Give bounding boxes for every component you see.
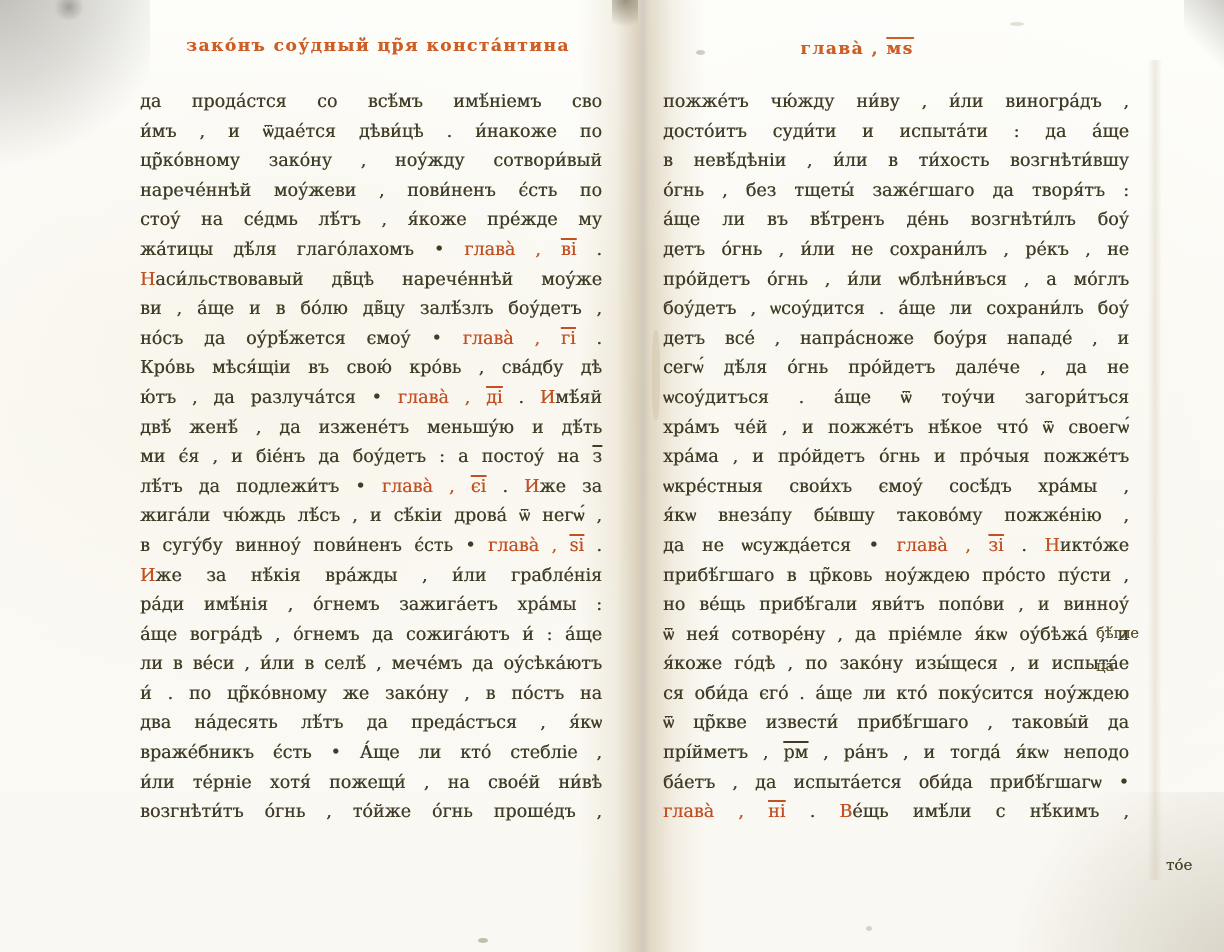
body-text: . — [503, 388, 540, 408]
body-text: сегѡ́ дѣ́ля о́гнь про́йдетъ дале́че , да… — [663, 358, 1129, 378]
rubric-text: глава̀ , — [488, 536, 569, 556]
book-scan: зако́нъ соу́дный цр̃я конста́нтина глава… — [0, 0, 1224, 952]
catchword: то́е — [1166, 856, 1192, 874]
text-line: возгнѣти́тъ о́гнь , то́йже о́гнь проше́д… — [140, 798, 602, 828]
body-text: . — [576, 240, 602, 260]
paper-stain — [652, 330, 660, 420]
body-text: я́кѡ внеза́пу бы́вшу таково́му пожже́нію… — [663, 506, 1129, 526]
body-text: да не ѡсужда́ется • — [663, 536, 897, 556]
text-line: прі́йметъ , рм , ра́нъ , и тогда́ я́кѡ н… — [663, 739, 1129, 769]
body-text: про́йдетъ о́гнь , и́ли ѡблѣни́въся , а м… — [663, 270, 1129, 290]
right-text-column: пожже́тъ чю́жду ни́ву , и́ли виногра́дъ … — [663, 88, 1129, 828]
text-line: ца́ — [1096, 651, 1174, 684]
text-line: да прода́стся со всѣ́мъ имѣ́ніемъ сво — [140, 88, 602, 118]
text-line: ви , а́ще и в бо́лю дв̃цу залѣ́злъ боу́д… — [140, 295, 602, 325]
body-text: ся оби́да єго́ . а́ще ли кто́ поку́сится… — [663, 684, 1129, 704]
text-line: а́ще вогра́дѣ , о́гнемъ да сожига́ютъ и́… — [140, 621, 602, 651]
text-line: ѿ цр̃кве извести́ прибѣ́гшаго , таковы́й… — [663, 709, 1129, 739]
text-line: жига́ли чю́ждь лѣ́съ , и сѣ́кіи дрова́ ѿ… — [140, 502, 602, 532]
torn-corner-shade — [0, 0, 150, 190]
rubric-text: ні — [768, 802, 785, 822]
paper-speck — [696, 50, 705, 55]
text-line: пожже́тъ чю́жду ни́ву , и́ли виногра́дъ … — [663, 88, 1129, 118]
body-text: но́съ да оу́рѣ́жется ємоу́ • — [140, 329, 463, 349]
text-line: но́съ да оу́рѣ́жется ємоу́ • глава̀ , гі… — [140, 325, 602, 355]
text-line: я́коже го́дѣ , по зако́ну изы́щеся , и и… — [663, 650, 1129, 680]
body-text: детъ о́гнь , и́ли не сохрани́лъ , ре́къ … — [663, 240, 1129, 260]
body-text: ѡсоу́дитъся . а́ще ѿ тоу́чи загори́тъся — [663, 388, 1129, 408]
body-text: возгнѣти́тъ о́гнь , то́йже о́гнь проше́д… — [140, 802, 602, 822]
body-text: ѿ нея́ сотворе́ну , да пріе́мле я́кѡ оу́… — [663, 625, 1129, 645]
body-text: ви , а́ще и в бо́лю дв̃цу залѣ́злъ боу́д… — [140, 299, 602, 319]
text-line: стоу́ на се́дмь лѣ́тъ , я́коже пре́жде м… — [140, 206, 602, 236]
text-line: ми є́я , и біе́нъ да боу́детъ : а постоу… — [140, 443, 602, 473]
text-line: хра́мъ че́й , и пожже́тъ нѣ́кое что́ ѿ с… — [663, 414, 1129, 444]
body-text: ю́тъ , да разлуча́тся • — [140, 388, 398, 408]
text-line: двѣ́ женѣ́ , да изжене́тъ меньшу́ю и дѣ́… — [140, 414, 602, 444]
body-text: хра́мъ че́й , и пожже́тъ нѣ́кое что́ ѿ с… — [663, 418, 1129, 438]
body-text: и́ли те́рніе хотя́ пожещи́ , на свое́й н… — [140, 773, 602, 793]
text-line: ли в ве́си , и́ли в селѣ́ , мече́мъ да о… — [140, 650, 602, 680]
text-line: детъ о́гнь , и́ли не сохрани́лъ , ре́къ … — [663, 236, 1129, 266]
rubric-text: И — [140, 566, 155, 586]
text-line: а́ще ли въ вѣ́тренъ де́нь возгнѣти́лъ бо… — [663, 206, 1129, 236]
rubric-text: глава̀ , — [800, 39, 886, 59]
body-text: аси́льствовавый дв̃цѣ нарече́ннѣй моу́же — [155, 270, 602, 290]
body-text: а́ще вогра́дѣ , о́гнемъ да сожига́ютъ и́… — [140, 625, 602, 645]
text-line: ѡкре́стныя свои́хъ ємоу́ сосѣ́дъ хра́мы … — [663, 473, 1129, 503]
body-text: хра́ма , и про́йдетъ о́гнь и про́чыя пож… — [663, 447, 1129, 467]
text-line: нарече́ннѣй моу́жеви , пови́ненъ є́сть п… — [140, 177, 602, 207]
text-line: жа́тицы дѣ́ля глаго́лахомъ • глава̀ , ві… — [140, 236, 602, 266]
body-text: . — [486, 477, 524, 497]
body-text: рм — [783, 743, 808, 763]
text-line: и́мъ , и ѿдае́тся дѣви́цѣ . и́накоже по — [140, 118, 602, 148]
body-text: цр̃ко́вному зако́ну , ноу́жду сотвори́вы… — [140, 151, 602, 171]
body-text: я́коже го́дѣ , по зако́ну изы́щеся , и и… — [663, 654, 1129, 674]
text-line: ѡсоу́дитъся . а́ще ѿ тоу́чи загори́тъся — [663, 384, 1129, 414]
body-text: . — [584, 536, 602, 556]
body-text: . — [785, 802, 839, 822]
margin-note: бѣ́глеца́ — [1096, 618, 1174, 684]
rubric-text: зако́нъ соу́дный цр̃я конста́нтина — [186, 36, 570, 56]
paper-speck — [1010, 22, 1024, 26]
text-line: про́йдетъ о́гнь , и́ли ѡблѣни́въся , а м… — [663, 266, 1129, 296]
rubric-text: глава̀ , — [663, 802, 768, 822]
gutter-top-shade — [612, 0, 638, 34]
body-text: и́мъ , и ѿдае́тся дѣви́цѣ . и́накоже по — [140, 122, 602, 142]
body-text: лѣ́тъ да подлежи́тъ • — [140, 477, 382, 497]
right-page-edge-shade — [1148, 60, 1162, 880]
right-running-title: глава̀ , мѕ — [782, 36, 932, 62]
body-text: детъ все́ , напра́сноже боу́ря нападе́ ,… — [663, 329, 1129, 349]
text-line: глава̀ , ні . Ве́щь имѣ́ли с нѣ́кимъ , — [663, 798, 1129, 828]
rubric-text: глава̀ , — [464, 240, 561, 260]
body-text: ра́ди имѣ́нія , о́гнемъ зажига́етъ хра́м… — [140, 595, 602, 615]
body-text: же за — [539, 477, 602, 497]
rubric-text: ді — [486, 388, 502, 408]
body-text: нарече́ннѣй моу́жеви , пови́ненъ є́сть п… — [140, 181, 602, 201]
text-line: ѿ нея́ сотворе́ну , да пріе́мле я́кѡ оу́… — [663, 621, 1129, 651]
body-text: жа́тицы дѣ́ля глаго́лахомъ • — [140, 240, 464, 260]
body-text: а́ще ли въ вѣ́тренъ де́нь возгнѣти́лъ бо… — [663, 210, 1129, 230]
text-line: но ве́щь прибѣ́гали яви́тъ попо́ви , и в… — [663, 591, 1129, 621]
body-text: Кро́вь мѣся́щіи въ свою́ кро́вь , сва́дб… — [140, 358, 602, 378]
text-line: ю́тъ , да разлуча́тся • глава̀ , ді . Им… — [140, 384, 602, 414]
text-line: я́кѡ внеза́пу бы́вшу таково́му пожже́нію… — [663, 502, 1129, 532]
rubric-text: ѕі — [569, 536, 584, 556]
rubric-text: И — [540, 388, 555, 408]
text-line: два на́десять лѣ́тъ да преда́стъся , я́к… — [140, 709, 602, 739]
rubric-text: мѕ — [886, 39, 913, 59]
body-text: з — [592, 447, 602, 467]
body-text: пожже́тъ чю́жду ни́ву , и́ли виногра́дъ … — [663, 92, 1129, 112]
body-text: , ра́нъ , и тогда́ я́кѡ неподо — [808, 743, 1129, 763]
body-text: бѣ́гле — [1096, 626, 1139, 642]
rubric-text: Н — [140, 270, 155, 290]
rubric-text: єі — [471, 477, 486, 497]
body-text: и́ . по цр̃ко́вному же зако́ну , в по́ст… — [140, 684, 602, 704]
text-line: прибѣ́гшаго в цр̃ковь ноу́ждею про́сто п… — [663, 562, 1129, 592]
text-line: Кро́вь мѣся́щіи въ свою́ кро́вь , сва́дб… — [140, 354, 602, 384]
body-text: жига́ли чю́ждь лѣ́съ , и сѣ́кіи дрова́ ѿ… — [140, 506, 602, 526]
text-line: ра́ди имѣ́нія , о́гнемъ зажига́етъ хра́м… — [140, 591, 602, 621]
text-line: досто́итъ суди́ти и испыта́ти : да а́ще — [663, 118, 1129, 148]
rubric-text: В — [839, 802, 852, 822]
text-line: глава̀ , мѕ — [782, 36, 932, 62]
text-line: в невѣ́дѣніи , и́ли в ти́хость возгнѣти́… — [663, 147, 1129, 177]
top-right-edge-shade — [1184, 0, 1224, 90]
text-line: бѣ́гле — [1096, 618, 1174, 651]
text-line: боу́детъ , ѡсоу́дится . а́ще ли сохрани́… — [663, 295, 1129, 325]
body-text: да прода́стся со всѣ́мъ имѣ́ніемъ сво — [140, 92, 602, 112]
rubric-text: глава̀ , — [398, 388, 486, 408]
left-text-column: да прода́стся со всѣ́мъ имѣ́ніемъ свои́м… — [140, 88, 602, 828]
body-text: ца́ — [1096, 659, 1114, 675]
paper-speck — [478, 938, 488, 943]
text-line: зако́нъ соу́дный цр̃я конста́нтина — [178, 33, 578, 59]
text-line: Наси́льствовавый дв̃цѣ нарече́ннѣй моу́ж… — [140, 266, 602, 296]
body-text: ми є́я , и біе́нъ да боу́детъ : а постоу… — [140, 447, 592, 467]
text-line: в сугу́бу винноу́ пови́ненъ є́сть • глав… — [140, 532, 602, 562]
body-text: икто́же — [1060, 536, 1129, 556]
text-line: Иже за нѣ́кія вра́жды , и́ли грабле́нія — [140, 562, 602, 592]
body-text: . — [1004, 536, 1045, 556]
text-line: и́ли те́рніе хотя́ пожещи́ , на свое́й н… — [140, 769, 602, 799]
rubric-text: Н — [1044, 536, 1059, 556]
rubric-text: глава̀ , — [897, 536, 989, 556]
rubric-text: глава̀ , — [463, 329, 561, 349]
rubric-text: ві — [561, 240, 576, 260]
body-text: досто́итъ суди́ти и испыта́ти : да а́ще — [663, 122, 1129, 142]
text-line: лѣ́тъ да подлежи́тъ • глава̀ , єі . Иже … — [140, 473, 602, 503]
body-text: боу́детъ , ѡсоу́дится . а́ще ли сохрани́… — [663, 299, 1129, 319]
body-text: двѣ́ женѣ́ , да изжене́тъ меньшу́ю и дѣ́… — [140, 418, 602, 438]
body-text: е́щь имѣ́ли с нѣ́кимъ , — [852, 802, 1129, 822]
rubric-text: гі — [561, 329, 576, 349]
text-line: и́ . по цр̃ко́вному же зако́ну , в по́ст… — [140, 680, 602, 710]
rubric-text: глава̀ , — [382, 477, 471, 497]
left-running-title: зако́нъ соу́дный цр̃я конста́нтина — [178, 33, 578, 59]
body-text: . — [576, 329, 602, 349]
rubric-text: И — [524, 477, 539, 497]
body-text: мѣ́яй — [555, 388, 602, 408]
text-line: ся оби́да єго́ . а́ще ли кто́ поку́сится… — [663, 680, 1129, 710]
body-text: ли в ве́си , и́ли в селѣ́ , мече́мъ да о… — [140, 654, 602, 674]
body-text: ѿ цр̃кве извести́ прибѣ́гшаго , таковы́й… — [663, 713, 1129, 733]
text-line: хра́ма , и про́йдетъ о́гнь и про́чыя пож… — [663, 443, 1129, 473]
body-text: два на́десять лѣ́тъ да преда́стъся , я́к… — [140, 713, 602, 733]
body-text: в невѣ́дѣніи , и́ли в ти́хость возгнѣти́… — [663, 151, 1129, 171]
rubric-text: зі — [988, 536, 1003, 556]
body-text: стоу́ на се́дмь лѣ́тъ , я́коже пре́жде м… — [140, 210, 602, 230]
text-line: враже́бникъ є́сть • А́ще ли кто́ стебліе… — [140, 739, 602, 769]
body-text: прі́йметъ , — [663, 743, 783, 763]
body-text: о́гнь , без тщеты́ заже́гшаго да творя́т… — [663, 181, 1129, 201]
body-text: в сугу́бу винноу́ пови́ненъ є́сть • — [140, 536, 488, 556]
body-text: ѡкре́стныя свои́хъ ємоу́ сосѣ́дъ хра́мы … — [663, 477, 1129, 497]
text-line: детъ все́ , напра́сноже боу́ря нападе́ ,… — [663, 325, 1129, 355]
paper-speck — [866, 926, 872, 931]
body-text: но ве́щь прибѣ́гали яви́тъ попо́ви , и в… — [663, 595, 1129, 615]
text-line: о́гнь , без тщеты́ заже́гшаго да творя́т… — [663, 177, 1129, 207]
text-line: да не ѡсужда́ется • глава̀ , зі . Никто́… — [663, 532, 1129, 562]
body-text: враже́бникъ є́сть • А́ще ли кто́ стебліе… — [140, 743, 602, 763]
text-line: ба́етъ , да испыта́ется оби́да прибѣ́гша… — [663, 769, 1129, 799]
body-text: ба́етъ , да испыта́ется оби́да прибѣ́гша… — [663, 773, 1129, 793]
body-text: же за нѣ́кія вра́жды , и́ли грабле́нія — [155, 566, 602, 586]
text-line: сегѡ́ дѣ́ля о́гнь про́йдетъ дале́че , да… — [663, 354, 1129, 384]
text-line: цр̃ко́вному зако́ну , ноу́жду сотвори́вы… — [140, 147, 602, 177]
body-text: прибѣ́гшаго в цр̃ковь ноу́ждею про́сто п… — [663, 566, 1129, 586]
